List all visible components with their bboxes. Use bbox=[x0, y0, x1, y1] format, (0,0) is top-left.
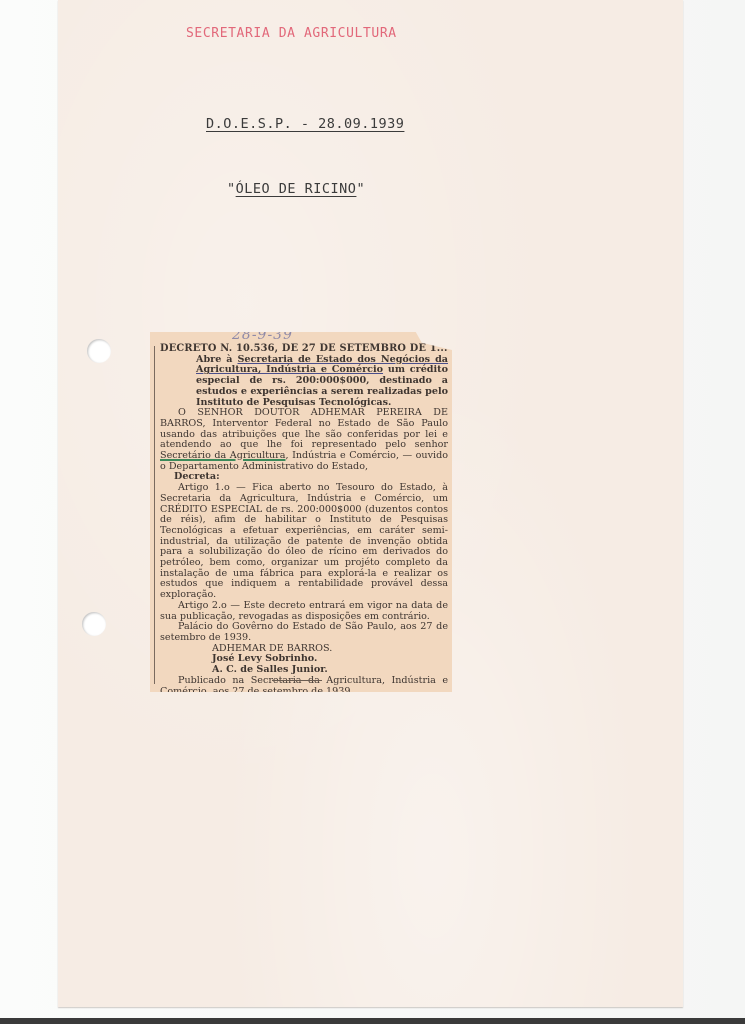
title-text: ÓLEO DE RICINO bbox=[236, 181, 357, 197]
newspaper-clipping: 28-9-39 DECRETO N. 10.536, DE 27 DE SETE… bbox=[150, 332, 452, 692]
article-1: Artigo 1.o — Fica aberto no Tesouro do E… bbox=[160, 483, 448, 601]
summary-pre: Abre à bbox=[196, 354, 238, 365]
title-close-quote: " bbox=[356, 181, 365, 197]
decree-preamble: O SENHOR DOUTOR ADHEMAR PEREIRA DE BARRO… bbox=[160, 408, 448, 472]
source-date-line: D.O.E.S.P. - 28.09.1939 bbox=[206, 116, 404, 132]
preamble-pre: O SENHOR DOUTOR ADHEMAR PEREIRA DE BARRO… bbox=[160, 407, 448, 450]
document-title: "ÓLEO DE RICINO" bbox=[227, 181, 365, 197]
clipping-body: DECRETO N. 10.536, DE 27 DE SETEMBRO DE … bbox=[160, 344, 448, 719]
palace-line: Palácio do Govêrno do Estado de São Paul… bbox=[160, 622, 448, 643]
end-rule bbox=[272, 680, 322, 681]
punch-hole-bottom bbox=[82, 612, 106, 636]
title-open-quote: " bbox=[227, 181, 236, 197]
scan-bottom-edge bbox=[0, 1018, 745, 1024]
column-rule bbox=[154, 346, 155, 684]
decree-summary: Abre à Secretaria de Estado dos Negócios… bbox=[160, 355, 448, 409]
article-2: Artigo 2.o — Este decreto entrará em vig… bbox=[160, 601, 448, 622]
preamble-underlined: Secretário da Agricultura bbox=[160, 450, 286, 461]
header-stamp: SECRETARIA DA AGRICULTURA bbox=[186, 26, 397, 41]
punch-hole-top bbox=[87, 339, 111, 363]
